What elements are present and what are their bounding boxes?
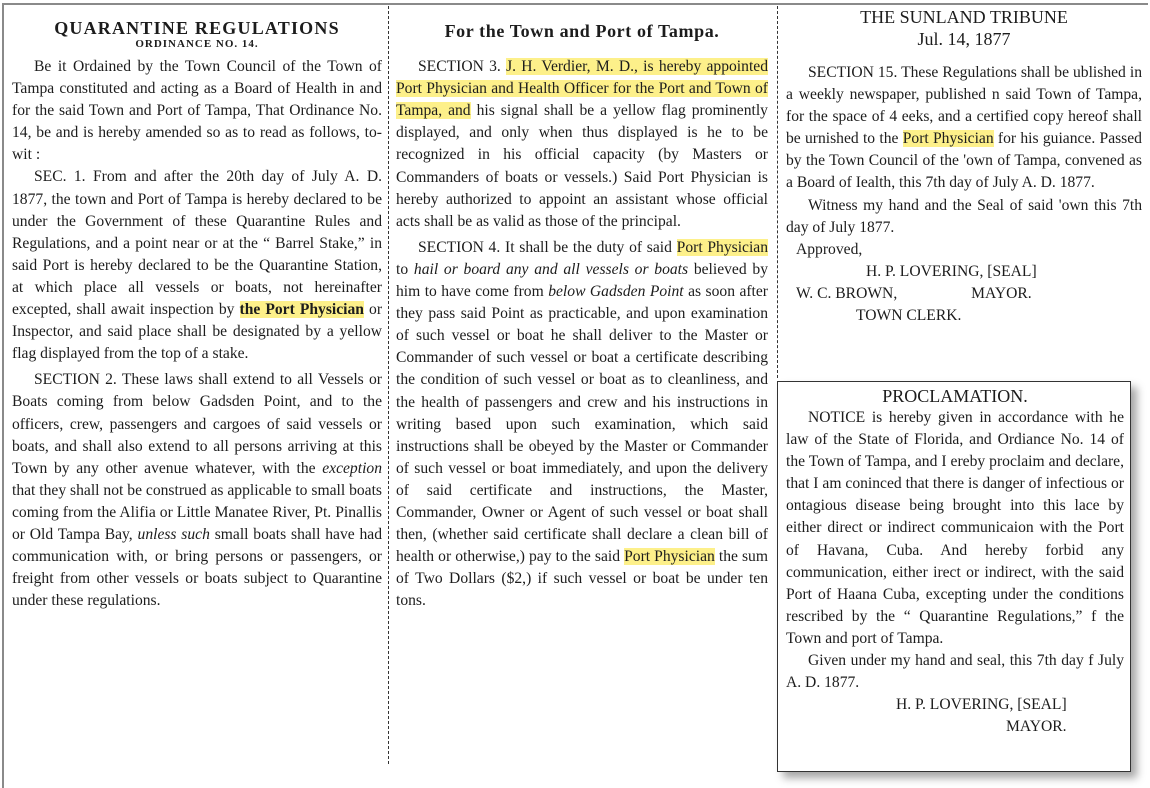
witness: Witness my hand and the Seal of said 'ow… bbox=[786, 195, 1142, 239]
proclamation-given: Given under my hand and seal, this 7th d… bbox=[786, 650, 1124, 694]
section-text: to bbox=[396, 261, 408, 278]
section-label: SECTION 4. bbox=[418, 239, 500, 256]
clerk-name: W. C. BROWN, bbox=[796, 285, 897, 302]
proclamation-text: is hereby given in accordance with he la… bbox=[786, 409, 1124, 647]
highlighted-text: Port Physician bbox=[903, 130, 994, 147]
italic-text: below Gadsden Point bbox=[548, 283, 683, 300]
section-label: SEC. 1. bbox=[34, 168, 86, 185]
section-1: SEC. 1. From and after the 20th day of J… bbox=[12, 166, 382, 365]
section-label: SECTION 3. bbox=[418, 58, 501, 75]
highlighted-text: Port Physician bbox=[624, 548, 715, 565]
section-4: SECTION 4. It shall be the duty of said … bbox=[396, 237, 768, 613]
column-divider bbox=[777, 6, 778, 378]
masthead: THE SUNLAND TRIBUNE bbox=[786, 6, 1142, 28]
mayor-signature: H. P. LOVERING, [SEAL] bbox=[786, 261, 1142, 283]
section-2: SECTION 2. These laws shall extend to al… bbox=[12, 369, 382, 612]
proclamation-title: PROCLAMATION. bbox=[786, 386, 1124, 407]
proclamation-signature: H. P. LOVERING, [SEAL] bbox=[786, 694, 1124, 716]
section-label: SECTION 2. bbox=[34, 371, 117, 388]
proclamation-box: PROCLAMATION. NOTICE is hereby given in … bbox=[777, 381, 1131, 772]
italic-text: unless such bbox=[138, 526, 210, 543]
highlighted-text: the Port Physician bbox=[240, 301, 364, 318]
notice-label: NOTICE bbox=[808, 409, 865, 426]
headline: QUARANTINE REGULATIONS bbox=[12, 18, 382, 38]
column-1: QUARANTINE REGULATIONS ORDINANCE NO. 14.… bbox=[12, 6, 382, 612]
section-15: SECTION 15. These Regulations shall be u… bbox=[786, 62, 1142, 195]
preamble: Be it Ordained by the Town Council of th… bbox=[12, 56, 382, 166]
clerk-signature: W. C. BROWN, MAYOR. bbox=[786, 283, 1142, 305]
subheadline: ORDINANCE NO. 14. bbox=[12, 38, 382, 50]
headline: For the Town and Port of Tampa. bbox=[396, 20, 768, 42]
section-text: From and after the 20th day of July A. D… bbox=[12, 168, 382, 318]
issue-date: Jul. 14, 1877 bbox=[786, 28, 1142, 50]
section-text: his signal shall be a yellow flag promin… bbox=[396, 102, 768, 229]
mayor-title: MAYOR. bbox=[901, 285, 1032, 302]
section-text: as soon after they pass said Point as pr… bbox=[396, 283, 768, 565]
column-2: For the Town and Port of Tampa. SECTION … bbox=[396, 6, 768, 612]
approved: Approved, bbox=[786, 239, 1142, 261]
clerk-title: TOWN CLERK. bbox=[786, 305, 1142, 327]
proclamation-signature-title: MAYOR. bbox=[786, 716, 1124, 738]
section-text: It shall be the duty of said bbox=[505, 239, 672, 256]
italic-text: hail or board any and all vessels or boa… bbox=[414, 261, 688, 278]
section-3: SECTION 3. J. H. Verdier, M. D., is here… bbox=[396, 56, 768, 233]
italic-text: exception bbox=[322, 460, 382, 477]
column-3: THE SUNLAND TRIBUNE Jul. 14, 1877 SECTIO… bbox=[786, 6, 1142, 327]
column-divider bbox=[388, 6, 389, 764]
proclamation-body: NOTICE is hereby given in accordance wit… bbox=[786, 407, 1124, 650]
highlighted-text: Port Physician bbox=[677, 239, 768, 256]
section-label: SECTION 15. bbox=[808, 64, 897, 81]
